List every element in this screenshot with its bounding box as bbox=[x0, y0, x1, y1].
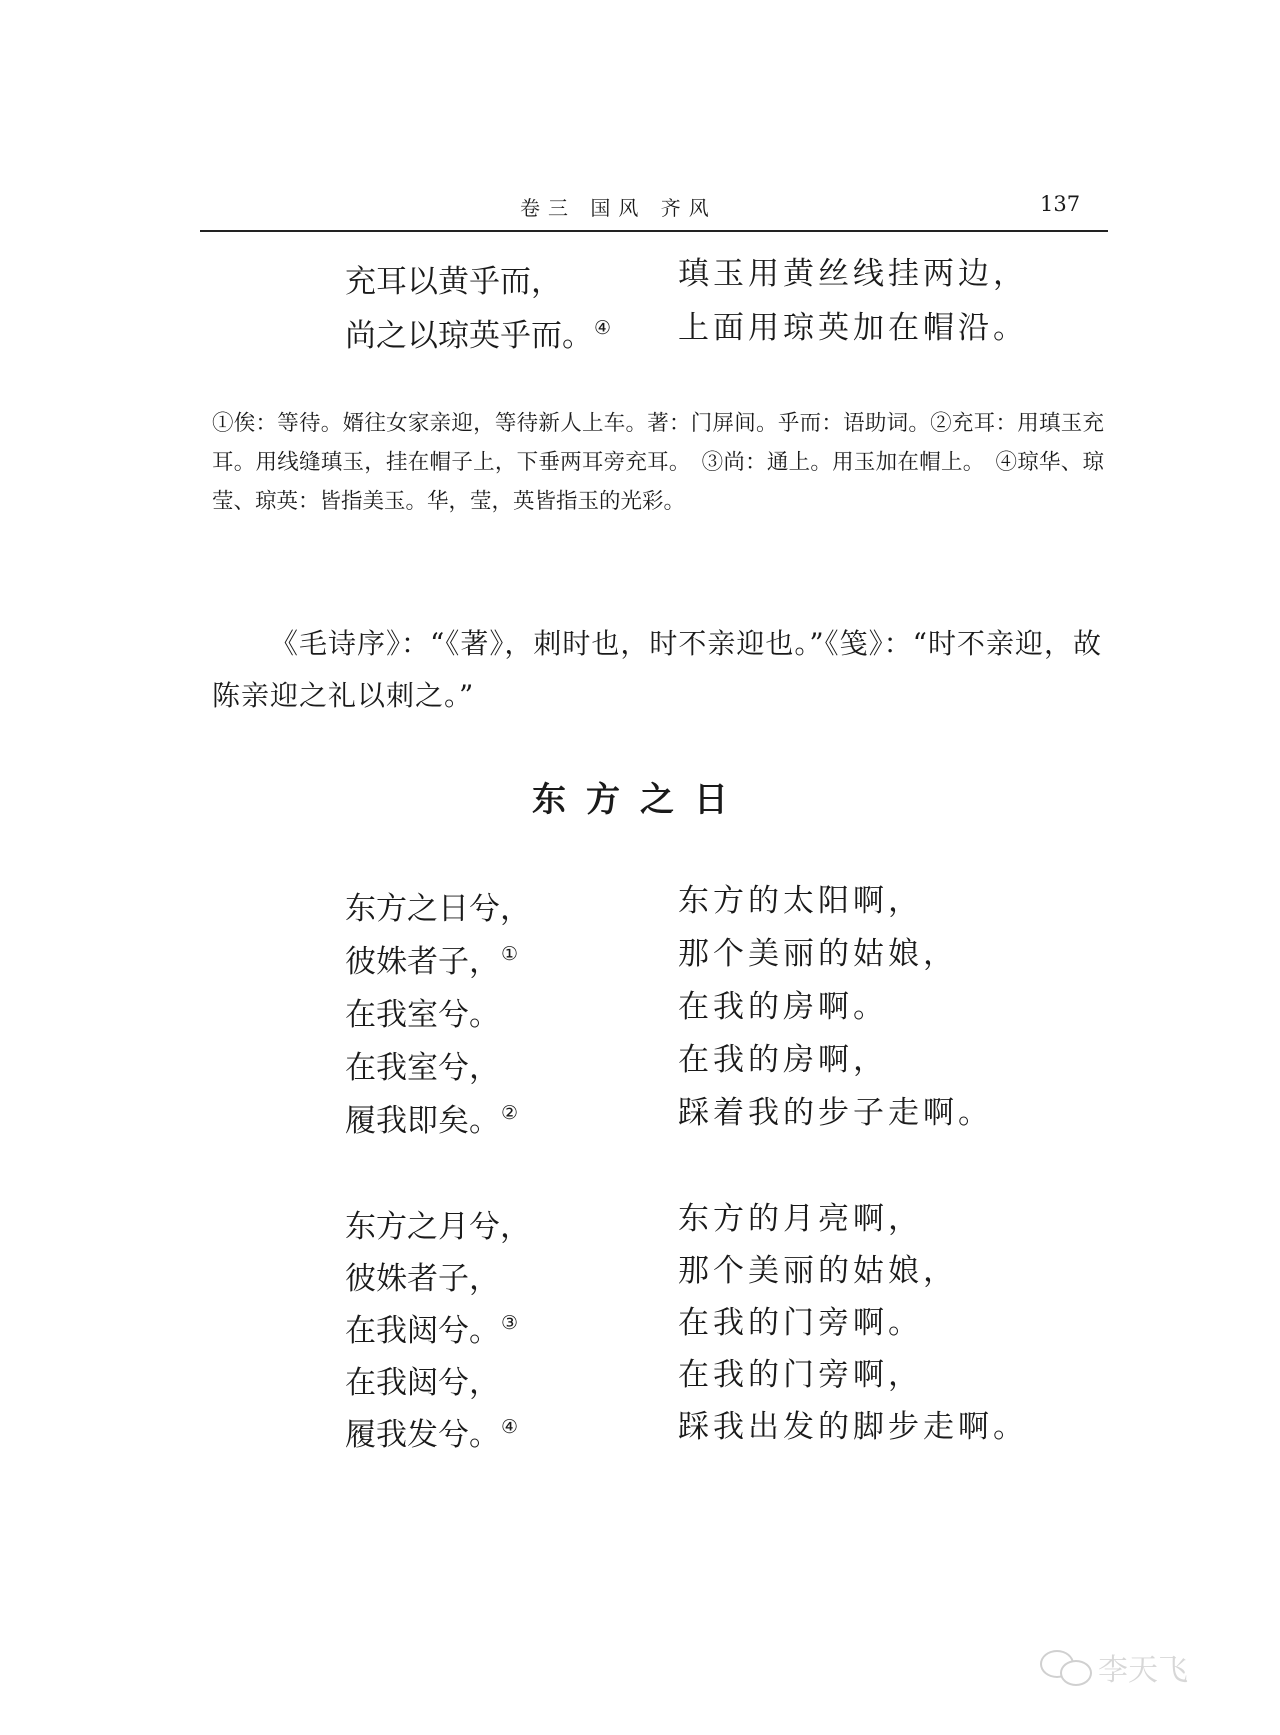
watermark-text: 李天飞 bbox=[1098, 1645, 1188, 1689]
footnote-marker: ③ bbox=[501, 1312, 518, 1334]
poem-title: 东方之日 bbox=[0, 772, 1280, 821]
verse-original: 履我发兮。 bbox=[345, 1417, 500, 1453]
verse-translation: 那个美丽的姑娘， bbox=[678, 927, 958, 981]
page-number: 137 bbox=[1040, 192, 1080, 216]
header-rule bbox=[200, 230, 1108, 232]
verse-translation: 在我的房啊， bbox=[678, 1033, 888, 1087]
verse-original: 东方之月兮， bbox=[345, 1209, 531, 1245]
verse-original: 在我闼兮， bbox=[345, 1365, 500, 1401]
verse-translation: 在我的门旁啊， bbox=[678, 1348, 923, 1402]
verse-translation: 东方的太阳啊， bbox=[678, 874, 923, 928]
footnotes: ①俟：等待。婿往女家亲迎，等待新人上车。著：门屏间。乎而：语助词。②充耳：用瑱玉… bbox=[212, 404, 1104, 521]
running-head-title: 卷三 国风 齐风 bbox=[520, 192, 717, 221]
footnote-marker: ④ bbox=[594, 317, 611, 339]
wechat-icon bbox=[1040, 1648, 1092, 1686]
verse-original: 在我室兮。 bbox=[345, 997, 500, 1033]
verse-translation: 东方的月亮啊， bbox=[678, 1192, 923, 1246]
verse-original: 在我闼兮。 bbox=[345, 1313, 500, 1349]
verse-translation: 在我的房啊。 bbox=[678, 980, 888, 1034]
running-head: 卷三 国风 齐风 137 bbox=[0, 192, 1280, 222]
verse-original: 彼姝者子， bbox=[345, 1261, 500, 1297]
commentary-text: 《毛诗序》：“《著》，刺时也，时不亲迎也。”《笺》：“时不亲迎，故陈亲迎之礼以刺… bbox=[212, 618, 1107, 722]
verse-translation: 那个美丽的姑娘， bbox=[678, 1244, 958, 1298]
verse-original: 在我室兮， bbox=[345, 1050, 500, 1086]
verse-translation: 上面用琼英加在帽沿。 bbox=[678, 301, 1028, 355]
verse-original: 充耳以黄乎而， bbox=[345, 264, 562, 300]
verse-original: 东方之日兮， bbox=[345, 891, 531, 927]
verse-translation: 瑱玉用黄丝线挂两边， bbox=[678, 247, 1028, 301]
footnotes-text: ①俟：等待。婿往女家亲迎，等待新人上车。著：门屏间。乎而：语助词。②充耳：用瑱玉… bbox=[212, 404, 1104, 521]
verse-original: 尚之以琼英乎而。 bbox=[345, 318, 593, 354]
watermark: 李天飞 bbox=[1040, 1645, 1188, 1689]
verse-translation: 踩着我的步子走啊。 bbox=[678, 1086, 993, 1140]
footnote-marker: ② bbox=[501, 1102, 518, 1124]
commentary: 《毛诗序》：“《著》，刺时也，时不亲迎也。”《笺》：“时不亲迎，故陈亲迎之礼以刺… bbox=[212, 618, 1107, 722]
verse-original: 履我即矣。 bbox=[345, 1103, 500, 1139]
footnote-marker: ④ bbox=[501, 1416, 518, 1438]
verse-translation: 踩我出发的脚步走啊。 bbox=[678, 1400, 1028, 1454]
verse-translation: 在我的门旁啊。 bbox=[678, 1296, 923, 1350]
verse-original: 彼姝者子， bbox=[345, 944, 500, 980]
footnote-marker: ① bbox=[501, 943, 518, 965]
